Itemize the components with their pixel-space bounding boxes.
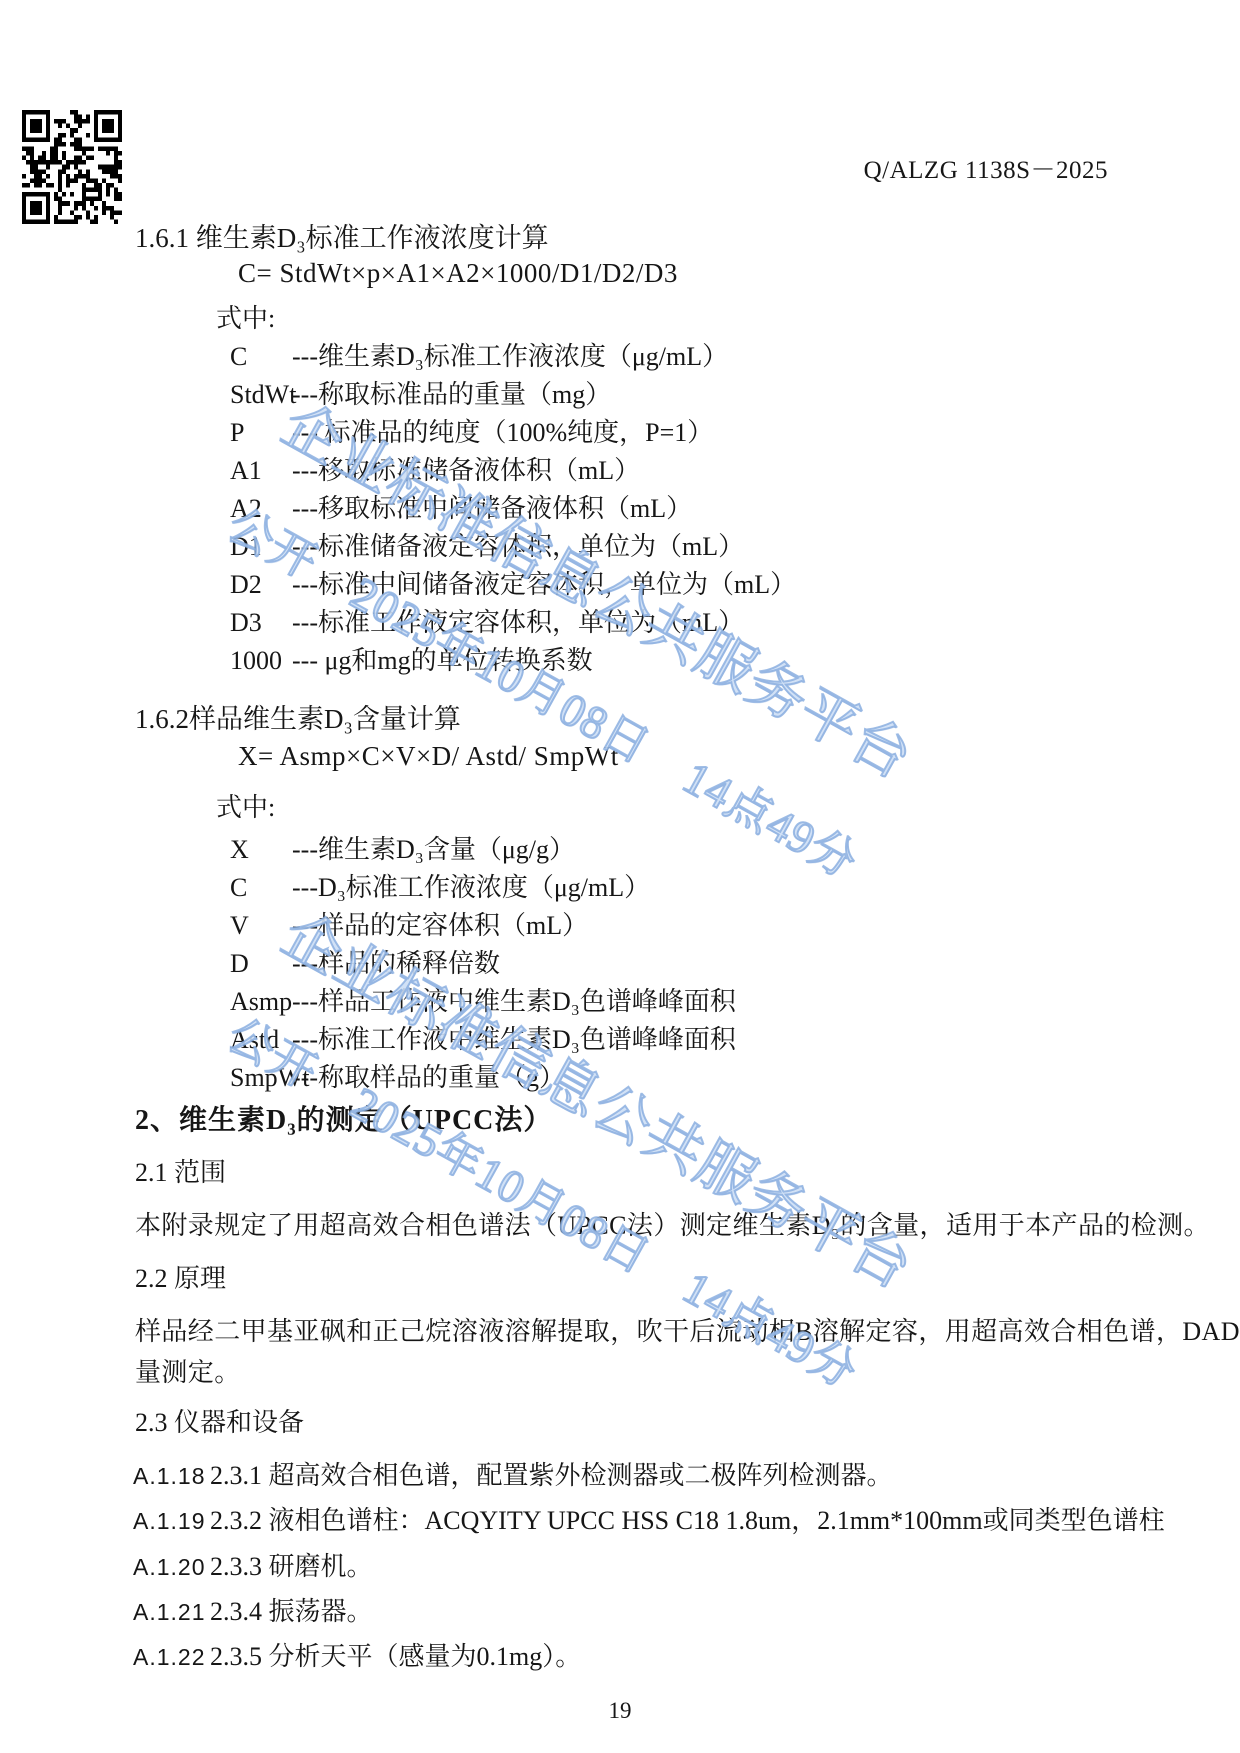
definition-symbol: Asmp <box>230 987 292 1017</box>
equipment-code: A.1.18 <box>133 1463 210 1490</box>
equipment-text: 2.3.4 振荡器。 <box>210 1591 373 1628</box>
definition-row: SmpWt---称取样品的重量（g） <box>230 1057 565 1094</box>
heading-section-2: 2、维生素D₃的测定（UPCC法） <box>135 1098 552 1138</box>
equipment-code: A.1.20 <box>133 1554 210 1581</box>
definition-description: ---D₃标准工作液浓度（μg/mL） <box>292 867 650 904</box>
definition-row: C---维生素D₃标准工作液浓度（μg/mL） <box>230 336 728 373</box>
definition-row: 1000--- μg和mg的单位转换系数 <box>230 640 593 677</box>
equipment-row: A.1.202.3.3 研磨机。 <box>133 1546 373 1583</box>
definition-row: D2---标准中间储备液定容体积，单位为（mL） <box>230 564 796 601</box>
where-label: 式中: <box>216 787 275 824</box>
equipment-text: 2.3.2 液相色谱柱：ACQYITY UPCC HSS C18 1.8um，2… <box>210 1500 1165 1537</box>
equipment-row: A.1.222.3.5 分析天平（感量为0.1mg）。 <box>133 1636 581 1673</box>
definition-symbol: V <box>230 911 292 941</box>
definition-symbol: D3 <box>230 608 292 638</box>
definition-symbol: D <box>230 949 292 979</box>
definition-symbol: 1000 <box>230 646 292 676</box>
scope-paragraph: 本附录规定了用超高效合相色谱法（UPCC法）测定维生素D₃的含量，适用于本产品的… <box>135 1205 1210 1242</box>
definition-symbol: X <box>230 835 292 865</box>
definition-description: ---样品工作液中维生素D₃色谱峰峰面积 <box>292 981 736 1018</box>
definition-description: ---标准工作液定容体积，单位为（mL） <box>292 602 744 639</box>
definition-row: Astd---标准工作液中维生素D₃色谱峰峰面积 <box>230 1019 736 1056</box>
definition-row: D3---标准工作液定容体积，单位为（mL） <box>230 602 744 639</box>
definition-description: ---移取标准中间储备液体积（mL） <box>292 488 692 525</box>
equipment-row: A.1.192.3.2 液相色谱柱：ACQYITY UPCC HSS C18 1… <box>133 1500 1165 1537</box>
subheading-2-1: 2.1 范围 <box>135 1152 226 1189</box>
definition-description: ---称取样品的重量（g） <box>292 1057 565 1094</box>
subheading-2-2: 2.2 原理 <box>135 1258 226 1295</box>
definition-description: ---标准中间储备液定容体积，单位为（mL） <box>292 564 796 601</box>
subheading-2-3: 2.3 仪器和设备 <box>135 1402 304 1439</box>
page-number: 19 <box>0 1698 1240 1724</box>
formula-content: X= Asmp×C×V×D/ Astd/ SmpWt <box>238 741 619 772</box>
definition-description: ---维生素D₃含量（μg/g） <box>292 829 575 866</box>
equipment-code: A.1.19 <box>133 1508 210 1535</box>
definition-description: --- 标准品的纯度（100%纯度，P=1） <box>292 412 713 449</box>
definition-description: ---移取标准储备液体积（mL） <box>292 450 640 487</box>
definition-row: X---维生素D₃含量（μg/g） <box>230 829 575 866</box>
definition-symbol: C <box>230 342 292 372</box>
definition-symbol: P <box>230 418 292 448</box>
equipment-code: A.1.21 <box>133 1599 210 1626</box>
definition-description: ---称取标准品的重量（mg） <box>292 374 611 411</box>
heading-1-6-1: 1.6.1 维生素D₃标准工作液浓度计算 <box>135 216 549 255</box>
equipment-row: A.1.212.3.4 振荡器。 <box>133 1591 373 1628</box>
equipment-text: 2.3.3 研磨机。 <box>210 1546 373 1583</box>
definition-description: ---维生素D₃标准工作液浓度（μg/mL） <box>292 336 728 373</box>
equipment-row: A.1.182.3.1 超高效合相色谱，配置紫外检测器或二极阵列检测器。 <box>133 1455 893 1492</box>
definition-row: Asmp---样品工作液中维生素D₃色谱峰峰面积 <box>230 981 736 1018</box>
definition-row: C---D₃标准工作液浓度（μg/mL） <box>230 867 650 904</box>
document-number: Q/ALZG 1138S－2025 <box>864 150 1108 186</box>
definition-symbol: StdWt <box>230 380 292 410</box>
definition-symbol: C <box>230 873 292 903</box>
definition-row: StdWt---称取标准品的重量（mg） <box>230 374 611 411</box>
equipment-text: 2.3.1 超高效合相色谱，配置紫外检测器或二极阵列检测器。 <box>210 1455 893 1492</box>
definition-symbol: Astd <box>230 1025 292 1055</box>
definition-symbol: D2 <box>230 570 292 600</box>
definition-symbol: A1 <box>230 456 292 486</box>
definition-symbol: SmpWt <box>230 1063 292 1093</box>
definition-symbol: D1 <box>230 532 292 562</box>
principle-paragraph-line1: 样品经二甲基亚砜和正己烷溶液溶解提取，吹干后流动相B溶解定容，用超高效合相色谱，… <box>135 1311 1240 1348</box>
definition-row: P--- 标准品的纯度（100%纯度，P=1） <box>230 412 713 449</box>
definition-row: V---样品的定容体积（mL） <box>230 905 588 942</box>
definition-row: D1---标准储备液定容体积，单位为（mL） <box>230 526 744 563</box>
formula-concentration: C= StdWt×p×A1×A2×1000/D1/D2/D3 <box>238 258 678 289</box>
equipment-text: 2.3.5 分析天平（感量为0.1mg）。 <box>210 1636 581 1673</box>
where-label: 式中: <box>216 298 275 335</box>
definition-description: ---样品的定容体积（mL） <box>292 905 588 942</box>
qr-code <box>22 110 122 224</box>
definition-row: D---样品的稀释倍数 <box>230 943 500 980</box>
definition-symbol: A2 <box>230 494 292 524</box>
heading-1-6-2: 1.6.2样品维生素D₃含量计算 <box>135 697 461 736</box>
definition-row: A2---移取标准中间储备液体积（mL） <box>230 488 692 525</box>
definition-row: A1---移取标准储备液体积（mL） <box>230 450 640 487</box>
principle-paragraph-line2: 量测定。 <box>135 1352 241 1389</box>
definition-description: ---标准工作液中维生素D₃色谱峰峰面积 <box>292 1019 736 1056</box>
equipment-code: A.1.22 <box>133 1644 210 1671</box>
definition-description: ---样品的稀释倍数 <box>292 943 500 980</box>
document-page: Q/ALZG 1138S－2025 1.6.1 维生素D₃标准工作液浓度计算 C… <box>0 0 1240 1753</box>
definition-description: ---标准储备液定容体积，单位为（mL） <box>292 526 744 563</box>
definition-description: --- μg和mg的单位转换系数 <box>292 640 593 677</box>
